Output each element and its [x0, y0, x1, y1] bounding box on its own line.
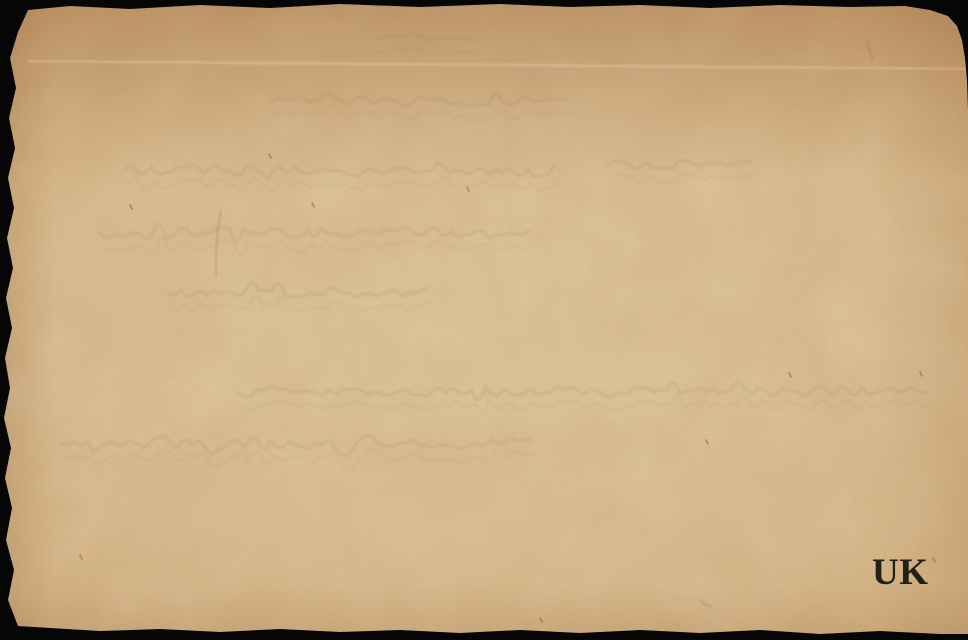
postcard-paper: UK	[0, 0, 968, 640]
uk-overprint: UK	[872, 554, 929, 591]
handwriting-layer	[0, 0, 968, 640]
paper-texture	[0, 0, 968, 640]
scanner-background: UK	[0, 0, 968, 640]
